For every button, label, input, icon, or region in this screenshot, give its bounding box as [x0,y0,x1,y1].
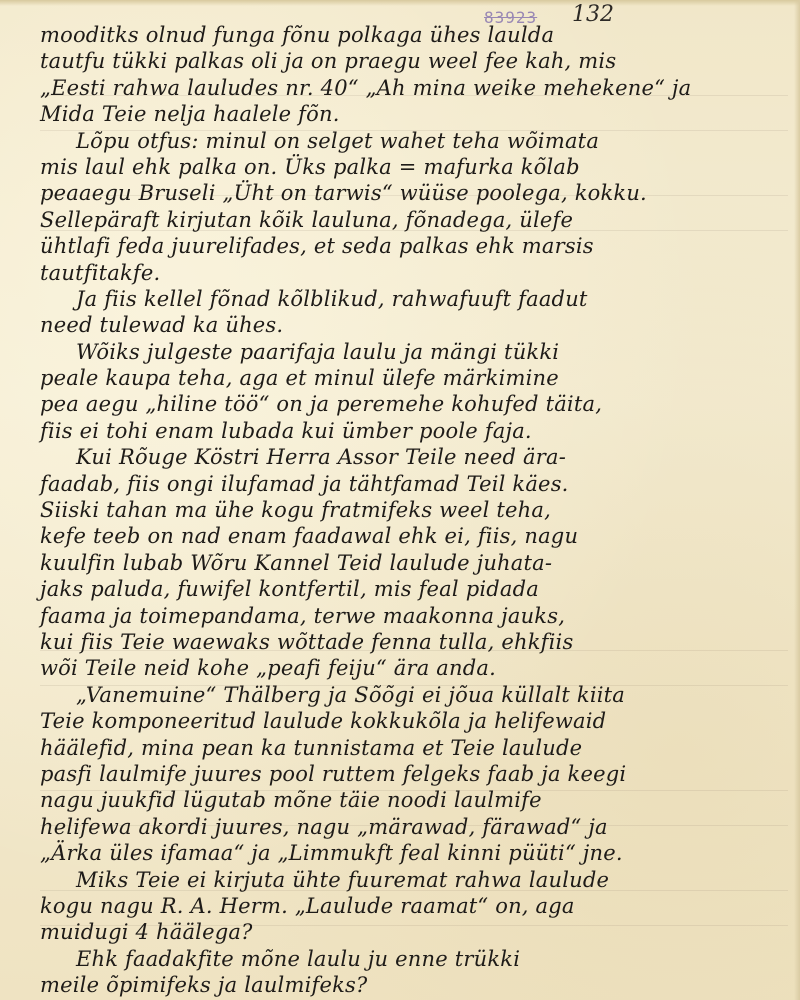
text-line: peaaegu Bruseli „Üht on tarwis“ wüüse po… [40,180,770,206]
text-line: Wõiks julgeste paarifaja laulu ja mängi … [40,339,770,365]
text-line: Siiski tahan ma ühe kogu fratmifeks weel… [40,497,770,523]
text-line: Lõpu otfus: minul on selget wahet teha w… [40,128,770,154]
text-line: mooditks olnud funga fõnu polkaga ühes l… [40,22,770,48]
text-line: Ja fiis kellel fõnad kõlblikud, rahwafuu… [40,286,770,312]
text-line: peale kaupa teha, aga et minul ülefe mär… [40,365,770,391]
text-line: meile õpimifeks ja laulmifeks? [40,972,770,998]
text-line: nagu juukfid lügutab mõne täie noodi lau… [40,787,770,813]
text-line: pasfi laulmife juures pool ruttem felgek… [40,761,770,787]
paper-right-edge [794,0,800,1000]
text-line: tautfu tükki palkas oli ja on praegu wee… [40,48,770,74]
text-line: Miks Teie ei kirjuta ühte fuuremat rahwa… [40,867,770,893]
text-line: mis laul ehk palka on. Üks palka = mafur… [40,154,770,180]
text-line: wõi Teile neid kohe „peafi feiju“ ära an… [40,655,770,681]
text-line: faama ja toimepandama, terwe maakonna ja… [40,603,770,629]
paper-top-edge [0,0,800,6]
text-line: häälefid, mina pean ka tunnistama et Tei… [40,735,770,761]
text-line: jaks paluda, fuwifel kontfertil, mis fea… [40,576,770,602]
text-line: kogu nagu R. A. Herm. „Laulude raamat“ o… [40,893,770,919]
text-line: „Ärka üles ifamaa“ ja „Limmukft feal kin… [40,840,770,866]
text-line: kui fiis Teie waewaks wõttade fenna tull… [40,629,770,655]
text-line: helifewa akordi juures, nagu „märawad, f… [40,814,770,840]
text-line: faadab, fiis ongi ilufamad ja tähtfamad … [40,471,770,497]
text-line: need tulewad ka ühes. [40,312,770,338]
text-line: fiis ei tohi enam lubada kui ümber poole… [40,418,770,444]
text-line: Teie komponeeritud laulude kokkukõla ja … [40,708,770,734]
text-line: ühtlafi feda juurelifades, et seda palka… [40,233,770,259]
text-line: tautfitakfe. [40,260,770,286]
text-line: Ehk faadakfite mõne laulu ju enne trükki [40,946,770,972]
text-line: pea aegu „hiline töö“ on ja peremehe koh… [40,391,770,417]
text-line: Mida Teie nelja haalele fõn. [40,101,770,127]
handwritten-text: mooditks olnud funga fõnu polkaga ühes l… [40,22,770,998]
text-line: kuulfin lubab Wõru Kannel Teid laulude j… [40,550,770,576]
text-line: muidugi 4 häälega? [40,919,770,945]
text-line: „Vanemuine“ Thälberg ja Sõõgi ei jõua kü… [40,682,770,708]
text-line: kefe teeb on nad enam faadawal ehk ei, f… [40,523,770,549]
text-line: Sellepäraft kirjutan kõik lauluna, fõnad… [40,207,770,233]
text-line: „Eesti rahwa lauludes nr. 40“ „Ah mina w… [40,75,770,101]
manuscript-page: 83923 132 mooditks olnud funga fõnu polk… [0,0,800,1000]
text-line: Kui Rõuge Köstri Herra Assor Teile need … [40,444,770,470]
